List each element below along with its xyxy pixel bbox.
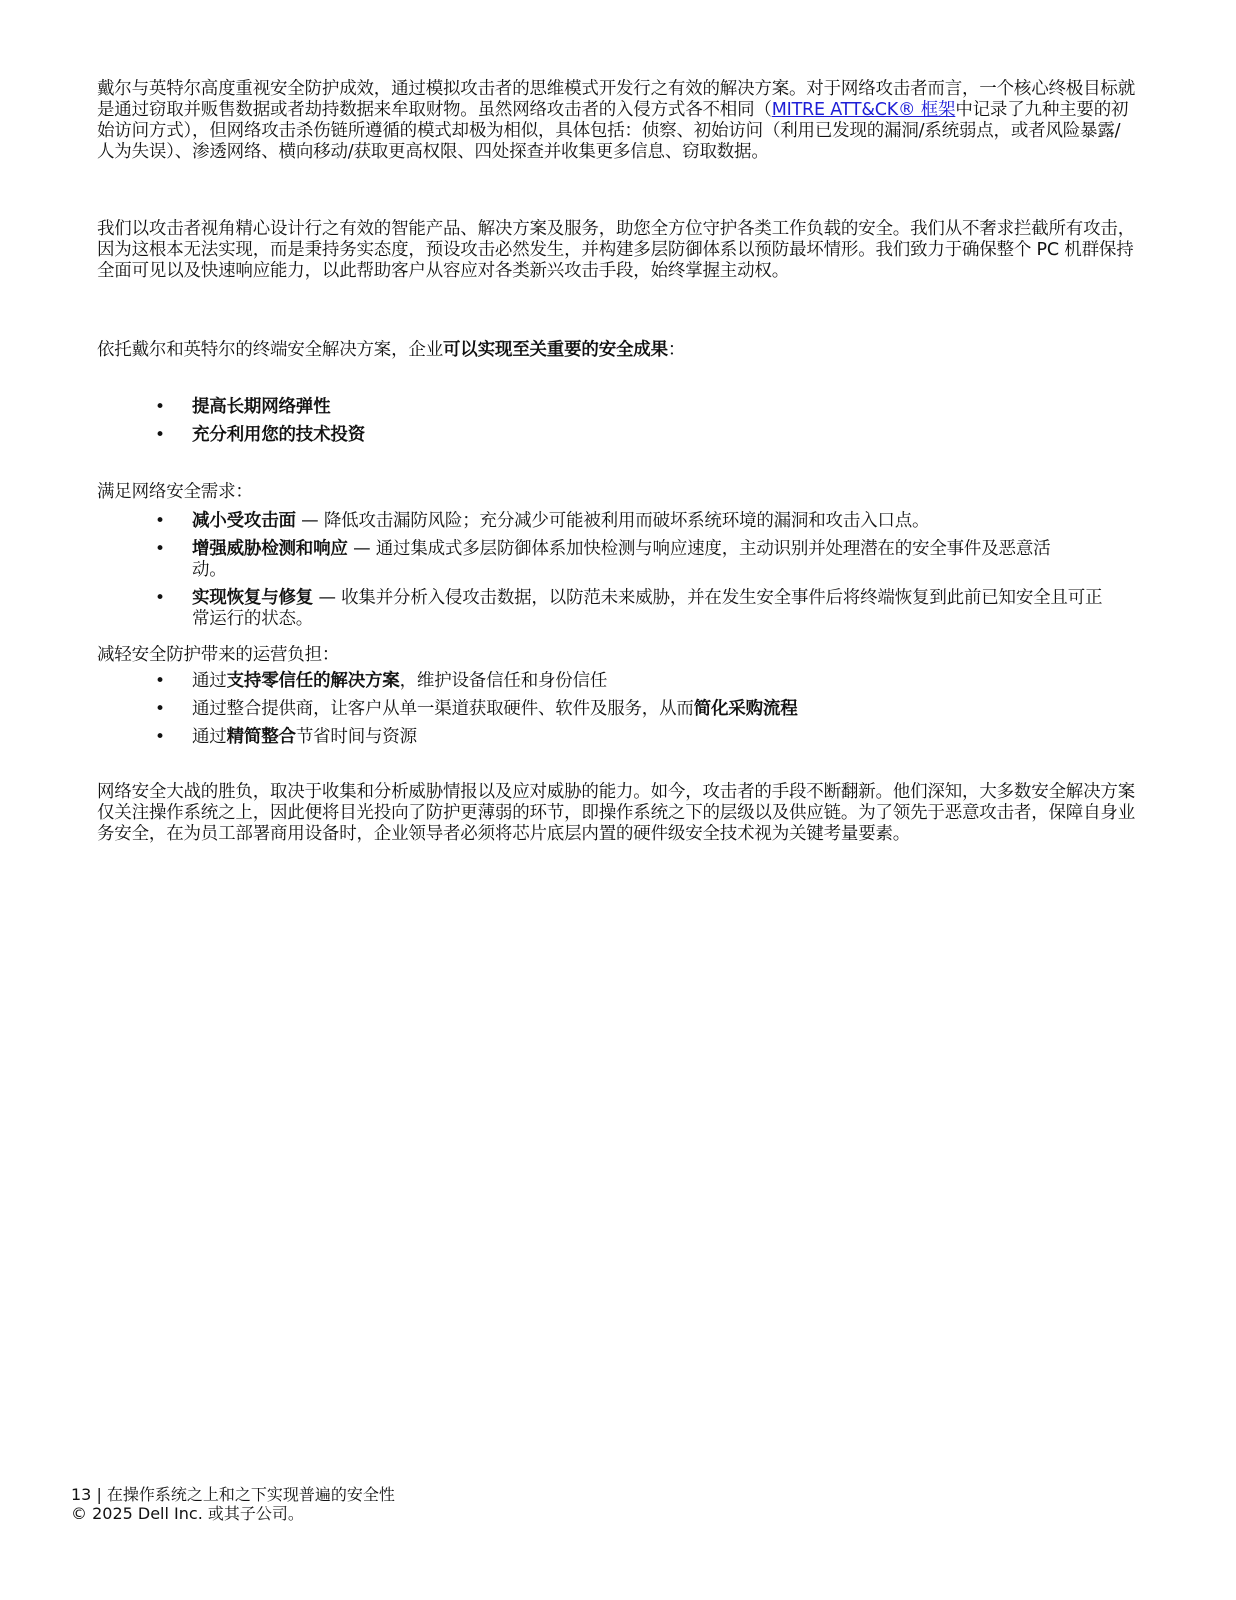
list-item: •充分利用您的技术投资 [97,425,365,446]
list-item: •提高长期网络弹性 [97,397,365,418]
page-number: 13 [71,1485,91,1504]
list-item: •减小受攻击面 — 降低攻击漏防风险；充分减少可能被利用而破坏系统环境的漏洞和攻… [97,511,1137,532]
paragraph-outcomes-intro: 依托戴尔和英特尔的终端安全解决方案，企业可以实现至关重要的安全成果： [97,340,685,361]
cyber-needs-list: •减小受攻击面 — 降低攻击漏防风险；充分减少可能被利用而破坏系统环境的漏洞和攻… [97,511,1137,637]
bullet-icon: • [155,425,165,446]
paragraph-attacker-perspective: 我们以攻击者视角精心设计行之有效的智能产品、解决方案及服务，助您全方位守护各类工… [97,219,1137,282]
emphasis-text: 支持零信任的解决方案 [227,671,400,691]
footer-separator: | [91,1485,107,1504]
emphasis-text: 精简整合 [227,727,296,747]
list-item-title: 减小受攻击面 [192,511,296,531]
footer-title: 在操作系统之上和之下实现普遍的安全性 [107,1485,395,1504]
mitre-attack-link[interactable]: MITRE ATT&CK® 框架 [772,100,956,120]
paragraph-text: ： [668,340,685,360]
ops-burden-heading: 减轻安全防护带来的运营负担： [97,645,339,666]
list-item-text: 提高长期网络弹性 [192,397,330,417]
list-item: •实现恢复与修复 — 收集并分析入侵攻击数据，以防范未来威胁，并在发生安全事件后… [97,588,1137,630]
bullet-icon: • [155,671,165,692]
ops-burden-list: •通过支持零信任的解决方案，维护设备信任和身份信任 •通过整合提供商，让客户从单… [97,671,798,755]
paragraph-conclusion: 网络安全大战的胜负，取决于收集和分析威胁情报以及应对威胁的能力。如今，攻击者的手… [97,782,1137,845]
list-item-title: 实现恢复与修复 [192,588,313,608]
paragraph-text: 依托戴尔和英特尔的终端安全解决方案，企业 [97,340,443,360]
list-item-text: ，维护设备信任和身份信任 [400,671,608,691]
bullet-icon: • [155,539,165,560]
paragraph-attack-chain: 戴尔与英特尔高度重视安全防护成效，通过模拟攻击者的思维模式开发行之有效的解决方案… [97,79,1137,163]
bullet-icon: • [155,397,165,418]
list-item-text: 通过整合提供商，让客户从单一渠道获取硬件、软件及服务，从而 [192,699,694,719]
list-item-text: — 收集并分析入侵攻击数据，以防范未来威胁，并在发生安全事件后将终端恢复到此前已… [192,588,1102,629]
outcomes-list: •提高长期网络弹性 •充分利用您的技术投资 [97,397,365,453]
list-item: •通过支持零信任的解决方案，维护设备信任和身份信任 [97,671,798,692]
list-item-title: 增强威胁检测和响应 [192,539,348,559]
cyber-needs-heading: 满足网络安全需求： [97,482,253,503]
bullet-icon: • [155,588,165,609]
list-item: •通过整合提供商，让客户从单一渠道获取硬件、软件及服务，从而简化采购流程 [97,699,798,720]
page-footer: 13 | 在操作系统之上和之下实现普遍的安全性 © 2025 Dell Inc.… [71,1485,395,1523]
bullet-icon: • [155,699,165,720]
bullet-icon: • [155,511,165,532]
list-item-text: 充分利用您的技术投资 [192,425,365,445]
list-item-text: 通过 [192,727,227,747]
footer-title-line: 13 | 在操作系统之上和之下实现普遍的安全性 [71,1485,395,1504]
copyright-notice: © 2025 Dell Inc. 或其子公司。 [71,1504,395,1523]
emphasis-text: 简化采购流程 [694,699,798,719]
emphasis-text: 可以实现至关重要的安全成果 [443,340,668,360]
list-item-text: — 降低攻击漏防风险；充分减少可能被利用而破坏系统环境的漏洞和攻击入口点。 [296,511,930,531]
list-item: •通过精简整合节省时间与资源 [97,727,798,748]
bullet-icon: • [155,727,165,748]
list-item-text: 通过 [192,671,227,691]
list-item: •增强威胁检测和响应 — 通过集成式多层防御体系加快检测与响应速度，主动识别并处… [97,539,1137,581]
list-item-text: 节省时间与资源 [296,727,417,747]
